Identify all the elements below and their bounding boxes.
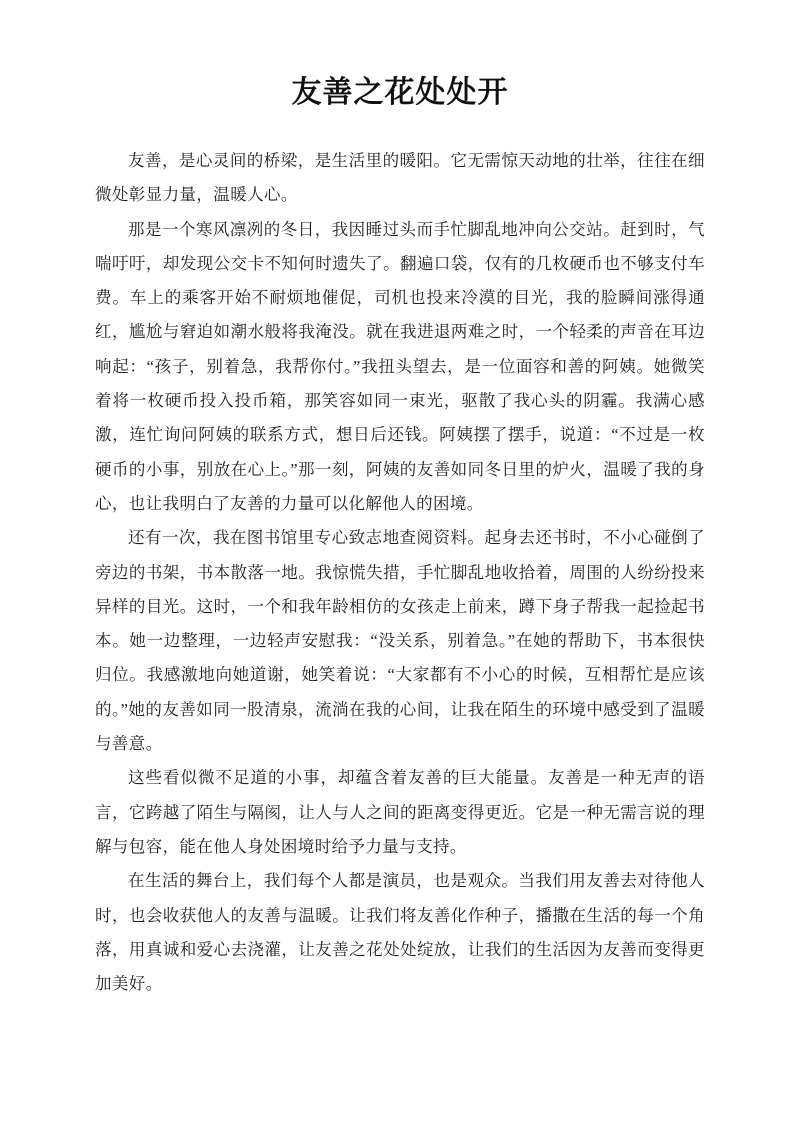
- essay-paragraph-2: 那是一个寒风凛冽的冬日，我因睡过头而手忙脚乱地冲向公交站。赶到时，气喘吁吁，却发…: [95, 213, 705, 522]
- essay-paragraph-5: 在生活的舞台上，我们每个人都是演员，也是观众。当我们用友善去对待他人时，也会收获…: [95, 864, 705, 1001]
- essay-paragraph-3: 还有一次，我在图书馆里专心致志地查阅资料。起身去还书时，不小心碰倒了旁边的书架，…: [95, 521, 705, 761]
- essay-paragraph-1: 友善，是心灵间的桥梁，是生活里的暖阳。它无需惊天动地的壮举，往往在细微处彰显力量…: [95, 144, 705, 213]
- essay-body: 友善，是心灵间的桥梁，是生活里的暖阳。它无需惊天动地的壮举，往往在细微处彰显力量…: [95, 144, 705, 1001]
- essay-paragraph-4: 这些看似微不足道的小事，却蕴含着友善的巨大能量。友善是一种无声的语言，它跨越了陌…: [95, 761, 705, 864]
- essay-title: 友善之花处处开: [95, 72, 705, 114]
- document-page: 友善之花处处开 友善，是心灵间的桥梁，是生活里的暖阳。它无需惊天动地的壮举，往往…: [0, 0, 800, 1132]
